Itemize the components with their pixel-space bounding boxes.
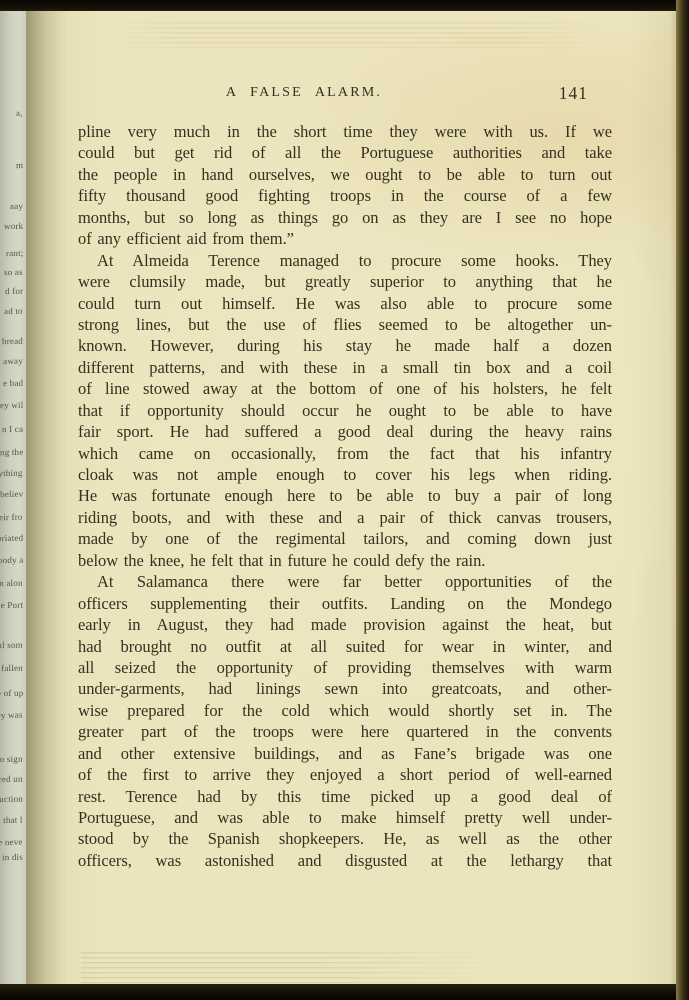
facing-page-text-fragment: e bad <box>3 378 23 388</box>
text-line: of line stowed away at the bottom of one… <box>78 378 612 399</box>
text-block: pline very much in the short time they w… <box>78 121 612 871</box>
text-line: had brought no outfit at all suited for … <box>78 636 612 657</box>
book-scan: a,maayworkrant;so asd forad tobreadl awa… <box>0 0 689 1000</box>
text-line: stood by the Spanish shopkeepers. He, as… <box>78 828 612 849</box>
text-line: fair sport. He had suffered a good deal … <box>78 421 612 442</box>
text-line: could turn out himself. He was also able… <box>78 293 612 314</box>
facing-page-text-fragment: l away <box>0 356 23 366</box>
facing-page-text-fragment: bread <box>2 336 23 346</box>
facing-page-text-fragment: in dis <box>2 852 23 862</box>
text-line: officers, was astonished and disgusted a… <box>78 850 612 871</box>
text-line: officers supplementing their outfits. La… <box>78 593 612 614</box>
text-line: At Salamanca there were far better oppor… <box>78 571 612 592</box>
text-line: fifty thousand good fighting troops in t… <box>78 185 612 206</box>
text-line: At Almeida Terence managed to procure so… <box>78 250 612 271</box>
facing-page-text-fragment: work <box>4 221 23 231</box>
text-line: of the first to arrive they enjoyed a sh… <box>78 764 612 785</box>
facing-page-text-fragment: nstruction <box>0 794 23 805</box>
text-line: months, but so long as things go on as t… <box>78 207 612 228</box>
text-line: made by one of the regimental tailors, a… <box>78 528 612 549</box>
facing-page-text-fragment: ropriated <box>0 533 23 544</box>
facing-page-text-fragment: a, <box>16 108 23 118</box>
facing-page-text-fragment: e of up <box>0 688 23 698</box>
facing-page-text-fragment: aay <box>10 201 23 211</box>
text-line: wise prepared for the cold which would s… <box>78 700 612 721</box>
facing-page-text-fragment: rant; <box>6 248 24 258</box>
text-line: all seized the opportunity of providing … <box>78 657 612 678</box>
text-line: under-garments, had linings sewn into gr… <box>78 678 612 699</box>
page-number: 141 <box>559 83 588 104</box>
binding-edge-bottom <box>0 984 689 1000</box>
facing-page-text-fragment: erything <box>0 468 23 479</box>
text-line: Portuguese, and was able to make himself… <box>78 807 612 828</box>
facing-page-text-fragment: eir fro <box>0 512 23 522</box>
text-line: riding boots, and with these and a pair … <box>78 507 612 528</box>
text-line: and other extensive buildings, and as Fa… <box>78 743 612 764</box>
text-line: could but get rid of all the Portuguese … <box>78 142 612 163</box>
text-line: which came on occasionally, from the fac… <box>78 443 612 464</box>
facing-page-text-fragment: no sign <box>0 754 23 764</box>
text-line: below the knee, he felt that in future h… <box>78 550 612 571</box>
text-line: cloak was not ample enough to cover his … <box>78 464 612 485</box>
facing-page-edge: a,maayworkrant;so asd forad tobreadl awa… <box>0 7 26 994</box>
facing-page-text-fragment: ad to <box>4 306 23 316</box>
facing-page-text-fragment: l believ <box>0 489 23 499</box>
facing-page-text-fragment: n I ca <box>2 424 23 434</box>
page-edges-top <box>111 22 601 48</box>
text-line: of any efficient aid from them.” <box>78 228 612 249</box>
facing-page-text-fragment: m <box>16 160 23 170</box>
text-line: the people in hand ourselves, we ought t… <box>78 164 612 185</box>
facing-page-text-fragment: re neve <box>0 837 23 847</box>
text-line: were clumsily made, but greatly superior… <box>78 271 612 292</box>
text-line: known. However, during his stay he made … <box>78 335 612 356</box>
running-title: A FALSE ALARM. <box>37 85 571 101</box>
text-line: strong lines, but the use of flies seeme… <box>78 314 612 335</box>
facing-page-text-fragment: dred un <box>0 774 23 785</box>
page-block-edge-right <box>676 0 689 1000</box>
text-line: rest. Terence had by this time picked up… <box>78 786 612 807</box>
text-line: pline very much in the short time they w… <box>78 121 612 142</box>
facing-page-text-fragment: ng the <box>0 447 23 457</box>
binding-edge-top <box>0 0 689 11</box>
text-line: early in August, they had made provision… <box>78 614 612 635</box>
facing-page-text-fragment: so as <box>4 267 23 277</box>
facing-page-text-fragment: body a <box>0 555 23 565</box>
text-line: different patterns, and with these in a … <box>78 357 612 378</box>
facing-page-text-fragment: n that l <box>0 815 23 825</box>
facing-page-text-fragment: t fallen <box>0 663 23 673</box>
text-line: that if opportunity should occur he ough… <box>78 400 612 421</box>
facing-page-text-fragment: he Port <box>0 600 23 610</box>
facing-page-text-fragment: hey was <box>0 710 23 721</box>
text-line: He was fortunate enough here to be able … <box>78 485 612 506</box>
facing-page-text-fragment: d for <box>5 286 23 296</box>
facing-page-text-fragment: eful som <box>0 640 23 651</box>
text-line: greater part of the troops were here qua… <box>78 721 612 742</box>
page-header: A FALSE ALARM. 141 <box>78 85 612 105</box>
facing-page-text-fragment: en alon <box>0 578 23 588</box>
facing-page-text-fragment: ey wil <box>0 400 23 410</box>
